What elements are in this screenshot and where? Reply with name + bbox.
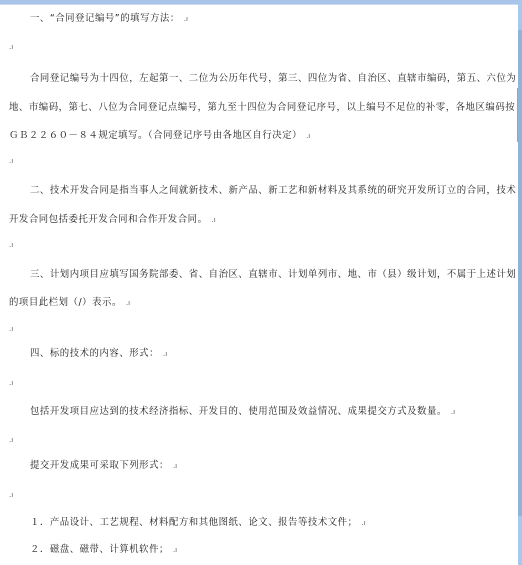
paragraph-mark: .ı — [126, 299, 130, 307]
paragraph-mark: .ı — [362, 519, 366, 527]
paragraph-heading-4: 四、标的技术的内容、形式：.ı — [30, 348, 167, 360]
empty-paragraph-mark: .ı — [9, 240, 13, 250]
paragraph-mark: .ı — [163, 350, 167, 358]
list-item-1: １．产品设计、工艺规程、材料配方和其他图纸、论文、报告等技术文件；.ı — [30, 517, 366, 529]
paragraph-mark: .ı — [212, 216, 216, 224]
empty-paragraph-mark: .ı — [9, 42, 13, 52]
empty-paragraph-mark: .ı — [9, 378, 13, 388]
paragraph-mark: .ı — [173, 546, 177, 554]
empty-paragraph-mark: .ı — [9, 435, 13, 445]
paragraph-3-line-1: 三、计划内项目应填写国务院部委、省、自治区、直辖市、计划单列市、地、市（县）级计… — [30, 269, 516, 281]
document-page[interactable]: 一、“合同登记编号”的填写方法：.ı .ı 合同登记编号为十四位，左起第一、二位… — [0, 5, 517, 565]
paragraph-1-line-3: ＧＢ２２６０－８４规定填写。（合同登记序号由各地区自行决定）.ı — [9, 130, 310, 142]
paragraph-1-line-1: 合同登记编号为十四位，左起第一、二位为公历年代号，第三、四位为省、自治区、直辖市… — [30, 73, 516, 85]
paragraph-heading-1: 一、“合同登记编号”的填写方法：.ı — [30, 13, 188, 25]
paragraph-mark: .ı — [173, 462, 177, 470]
empty-paragraph-mark: .ı — [9, 324, 13, 334]
paragraph-5: 包括开发项目应达到的技术经济指标、开发目的、使用范围及效益情况、成果提交方式及数… — [30, 406, 455, 418]
paragraph-mark: .ı — [306, 132, 310, 140]
paragraph-6: 提交开发成果可采取下列形式：.ı — [30, 460, 177, 472]
paragraph-3-line-2: 的项目此栏划（/）表示。.ı — [9, 297, 130, 309]
paragraph-2-line-2: 开发合同包括委托开发合同和合作开发合同。.ı — [9, 214, 216, 226]
scrollbar-edge-mark — [517, 88, 518, 142]
list-item-2: ２．磁盘、磁带、计算机软件；.ı — [30, 544, 177, 556]
paragraph-mark: .ı — [451, 408, 455, 416]
paragraph-2-line-1: 二、技术开发合同是指当事人之间就新技术、新产品、新工艺和新材料及其系统的研究开发… — [30, 185, 516, 197]
empty-paragraph-mark: .ı — [9, 490, 13, 500]
paragraph-1-line-2: 地、市编码，第七、八位为合同登记点编号，第九至十四位为合同登记序号，以上编号不足… — [9, 102, 515, 114]
scrollbar-thumb[interactable] — [518, 30, 522, 516]
empty-paragraph-mark: .ı — [9, 156, 13, 166]
paragraph-mark: .ı — [184, 15, 188, 23]
